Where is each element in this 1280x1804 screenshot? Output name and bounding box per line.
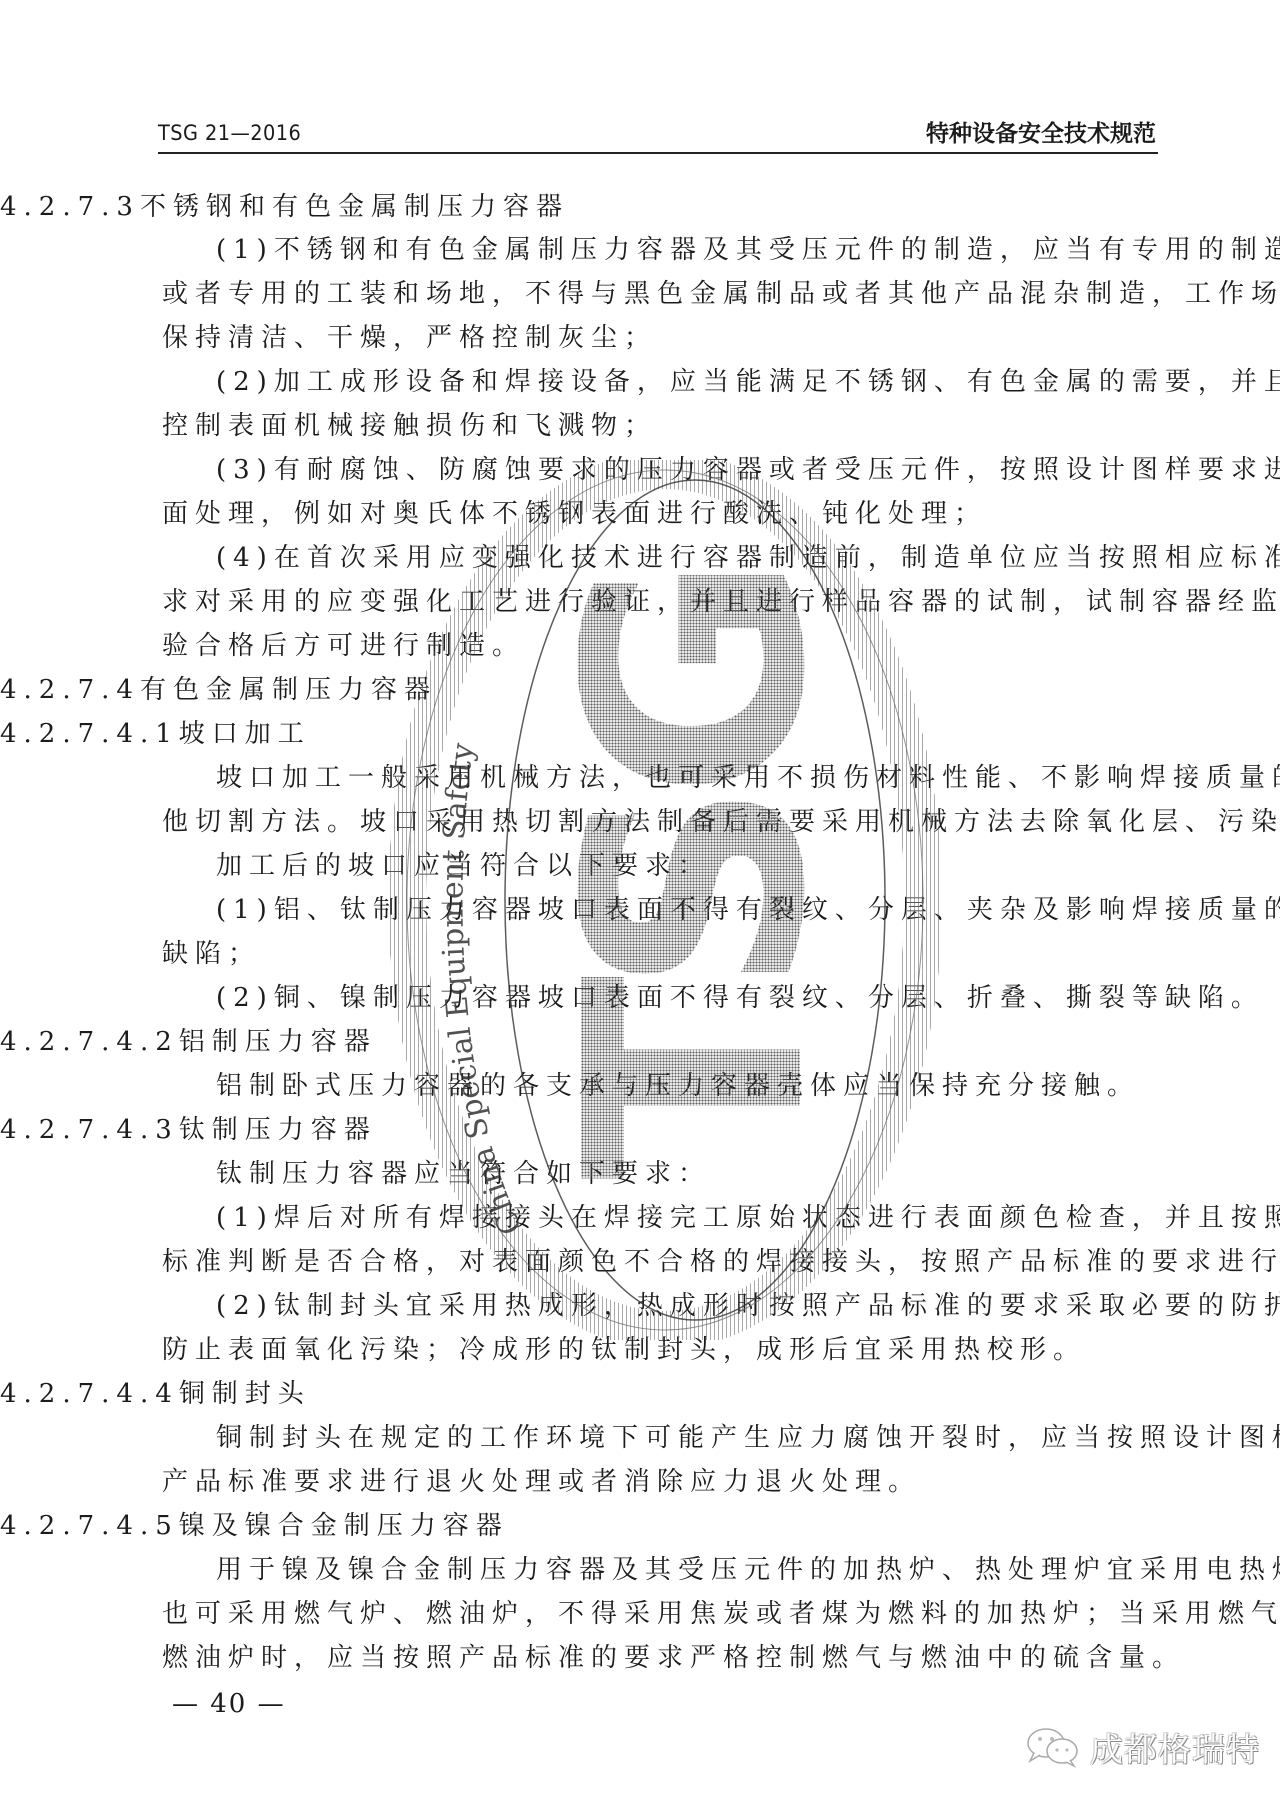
paragraph-line: 用于镍及镍合金制压力容器及其受压元件的加热炉、热处理炉宜采用电热炉， xyxy=(216,1554,1280,1586)
paragraph-line: (1)铝、钛制压力容器坡口表面不得有裂纹、分层、夹杂及影响焊接质量的其他 xyxy=(216,894,1280,926)
wechat-icon xyxy=(1024,1725,1084,1769)
paragraph-line: 坡口加工一般采用机械方法，也可采用不损伤材料性能、不影响焊接质量的其 xyxy=(216,762,1280,794)
section-number: 4.2.7.4.4 xyxy=(0,1379,179,1409)
section-heading: 4.2.7.3不锈钢和有色金属制压力容器 xyxy=(0,191,569,223)
paragraph-line: 产品标准要求进行退火处理或者消除应力退火处理。 xyxy=(162,1466,921,1498)
watermark-text: 成都格瑞特 xyxy=(1090,1724,1260,1771)
section-heading: 4.2.7.4.2铝制压力容器 xyxy=(0,1026,377,1058)
paragraph-line: (2)钛制封头宜采用热成形，热成形时按照产品标准的要求采取必要的防护措施 xyxy=(216,1290,1280,1322)
watermark: 成都格瑞特 xyxy=(1024,1725,1260,1769)
section-heading: 4.2.7.4有色金属制压力容器 xyxy=(0,674,437,706)
paragraph-line: 防止表面氧化污染；冷成形的钛制封头，成形后宜采用热校形。 xyxy=(162,1334,1086,1366)
paragraph-line: 铜制封头在规定的工作环境下可能产生应力腐蚀开裂时，应当按照设计图样和 xyxy=(216,1422,1280,1454)
section-title: 坡口加工 xyxy=(179,719,311,749)
series-title: 特种设备安全技术规范 xyxy=(926,115,1156,148)
paragraph-line: (1)不锈钢和有色金属制压力容器及其受压元件的制造，应当有专用的制造车间 xyxy=(216,234,1280,266)
paragraph-line: (3)有耐腐蚀、防腐蚀要求的压力容器或者受压元件，按照设计图样要求进行表 xyxy=(216,454,1280,486)
section-title: 钛制压力容器 xyxy=(179,1115,377,1145)
paragraph-line: 他切割方法。坡口采用热切割方法制备后需要采用机械方法去除氧化层、污染层。 xyxy=(162,806,1280,838)
paragraph-line: 保持清洁、干燥，严格控制灰尘； xyxy=(162,322,657,354)
paragraph-line: (4)在首次采用应变强化技术进行容器制造前，制造单位应当按照相应标准的要 xyxy=(216,542,1280,574)
section-title: 有色金属制压力容器 xyxy=(140,675,437,705)
section-number: 4.2.7.4.1 xyxy=(0,719,179,749)
section-heading: 4.2.7.4.5镍及镍合金制压力容器 xyxy=(0,1510,509,1542)
paragraph-line: 铝制卧式压力容器的各支承与压力容器壳体应当保持充分接触。 xyxy=(216,1070,1140,1102)
section-number: 4.2.7.3 xyxy=(0,192,140,222)
paragraph-line: 控制表面机械接触损伤和飞溅物； xyxy=(162,410,657,442)
standard-code: TSG 21—2016 xyxy=(158,121,301,145)
section-number: 4.2.7.4.3 xyxy=(0,1115,179,1145)
paragraph-line: 也可采用燃气炉、燃油炉，不得采用焦炭或者煤为燃料的加热炉；当采用燃气炉、 xyxy=(162,1598,1280,1630)
page-number: — 40 — xyxy=(172,1689,286,1719)
paragraph-line: (2)加工成形设备和焊接设备，应当能满足不锈钢、有色金属的需要，并且严格 xyxy=(216,366,1280,398)
section-heading: 4.2.7.4.4铜制封头 xyxy=(0,1378,311,1410)
section-title: 铝制压力容器 xyxy=(179,1027,377,1057)
section-heading: 4.2.7.4.1坡口加工 xyxy=(0,718,311,750)
paragraph-line: 加工后的坡口应当符合以下要求： xyxy=(216,850,711,882)
paragraph-line: (2)铜、镍制压力容器坡口表面不得有裂纹、分层、折叠、撕裂等缺陷。 xyxy=(216,982,1264,1014)
section-number: 4.2.7.4 xyxy=(0,675,140,705)
paragraph-line: 验合格后方可进行制造。 xyxy=(162,630,525,662)
section-number: 4.2.7.4.5 xyxy=(0,1511,179,1541)
document-page: TSG 21—2016 特种设备安全技术规范 4.2.7.3不锈钢和有色金属制压… xyxy=(0,0,1280,1804)
paragraph-line: 缺陷； xyxy=(162,938,261,970)
paragraph-line: 或者专用的工装和场地，不得与黑色金属制品或者其他产品混杂制造，工作场所要 xyxy=(162,278,1280,310)
section-title: 镍及镍合金制压力容器 xyxy=(179,1511,509,1541)
paragraph-line: 标准判断是否合格，对表面颜色不合格的焊接接头，按照产品标准的要求进行处理； xyxy=(162,1246,1280,1278)
section-title: 不锈钢和有色金属制压力容器 xyxy=(140,192,569,222)
paragraph-line: 求对采用的应变强化工艺进行验证，并且进行样品容器的试制，试制容器经监督检 xyxy=(162,586,1280,618)
section-number: 4.2.7.4.2 xyxy=(0,1027,179,1057)
section-heading: 4.2.7.4.3钛制压力容器 xyxy=(0,1114,377,1146)
paragraph-line: 面处理，例如对奥氏体不锈钢表面进行酸洗、钝化处理； xyxy=(162,498,987,530)
section-title: 铜制封头 xyxy=(179,1379,311,1409)
paragraph-line: (1)焊后对所有焊接接头在焊接完工原始状态进行表面颜色检查，并且按照产品 xyxy=(216,1202,1280,1234)
paragraph-line: 钛制压力容器应当符合如下要求： xyxy=(216,1158,711,1190)
paragraph-line: 燃油炉时，应当按照产品标准的要求严格控制燃气与燃油中的硫含量。 xyxy=(162,1642,1185,1674)
header-rule xyxy=(158,152,1158,154)
